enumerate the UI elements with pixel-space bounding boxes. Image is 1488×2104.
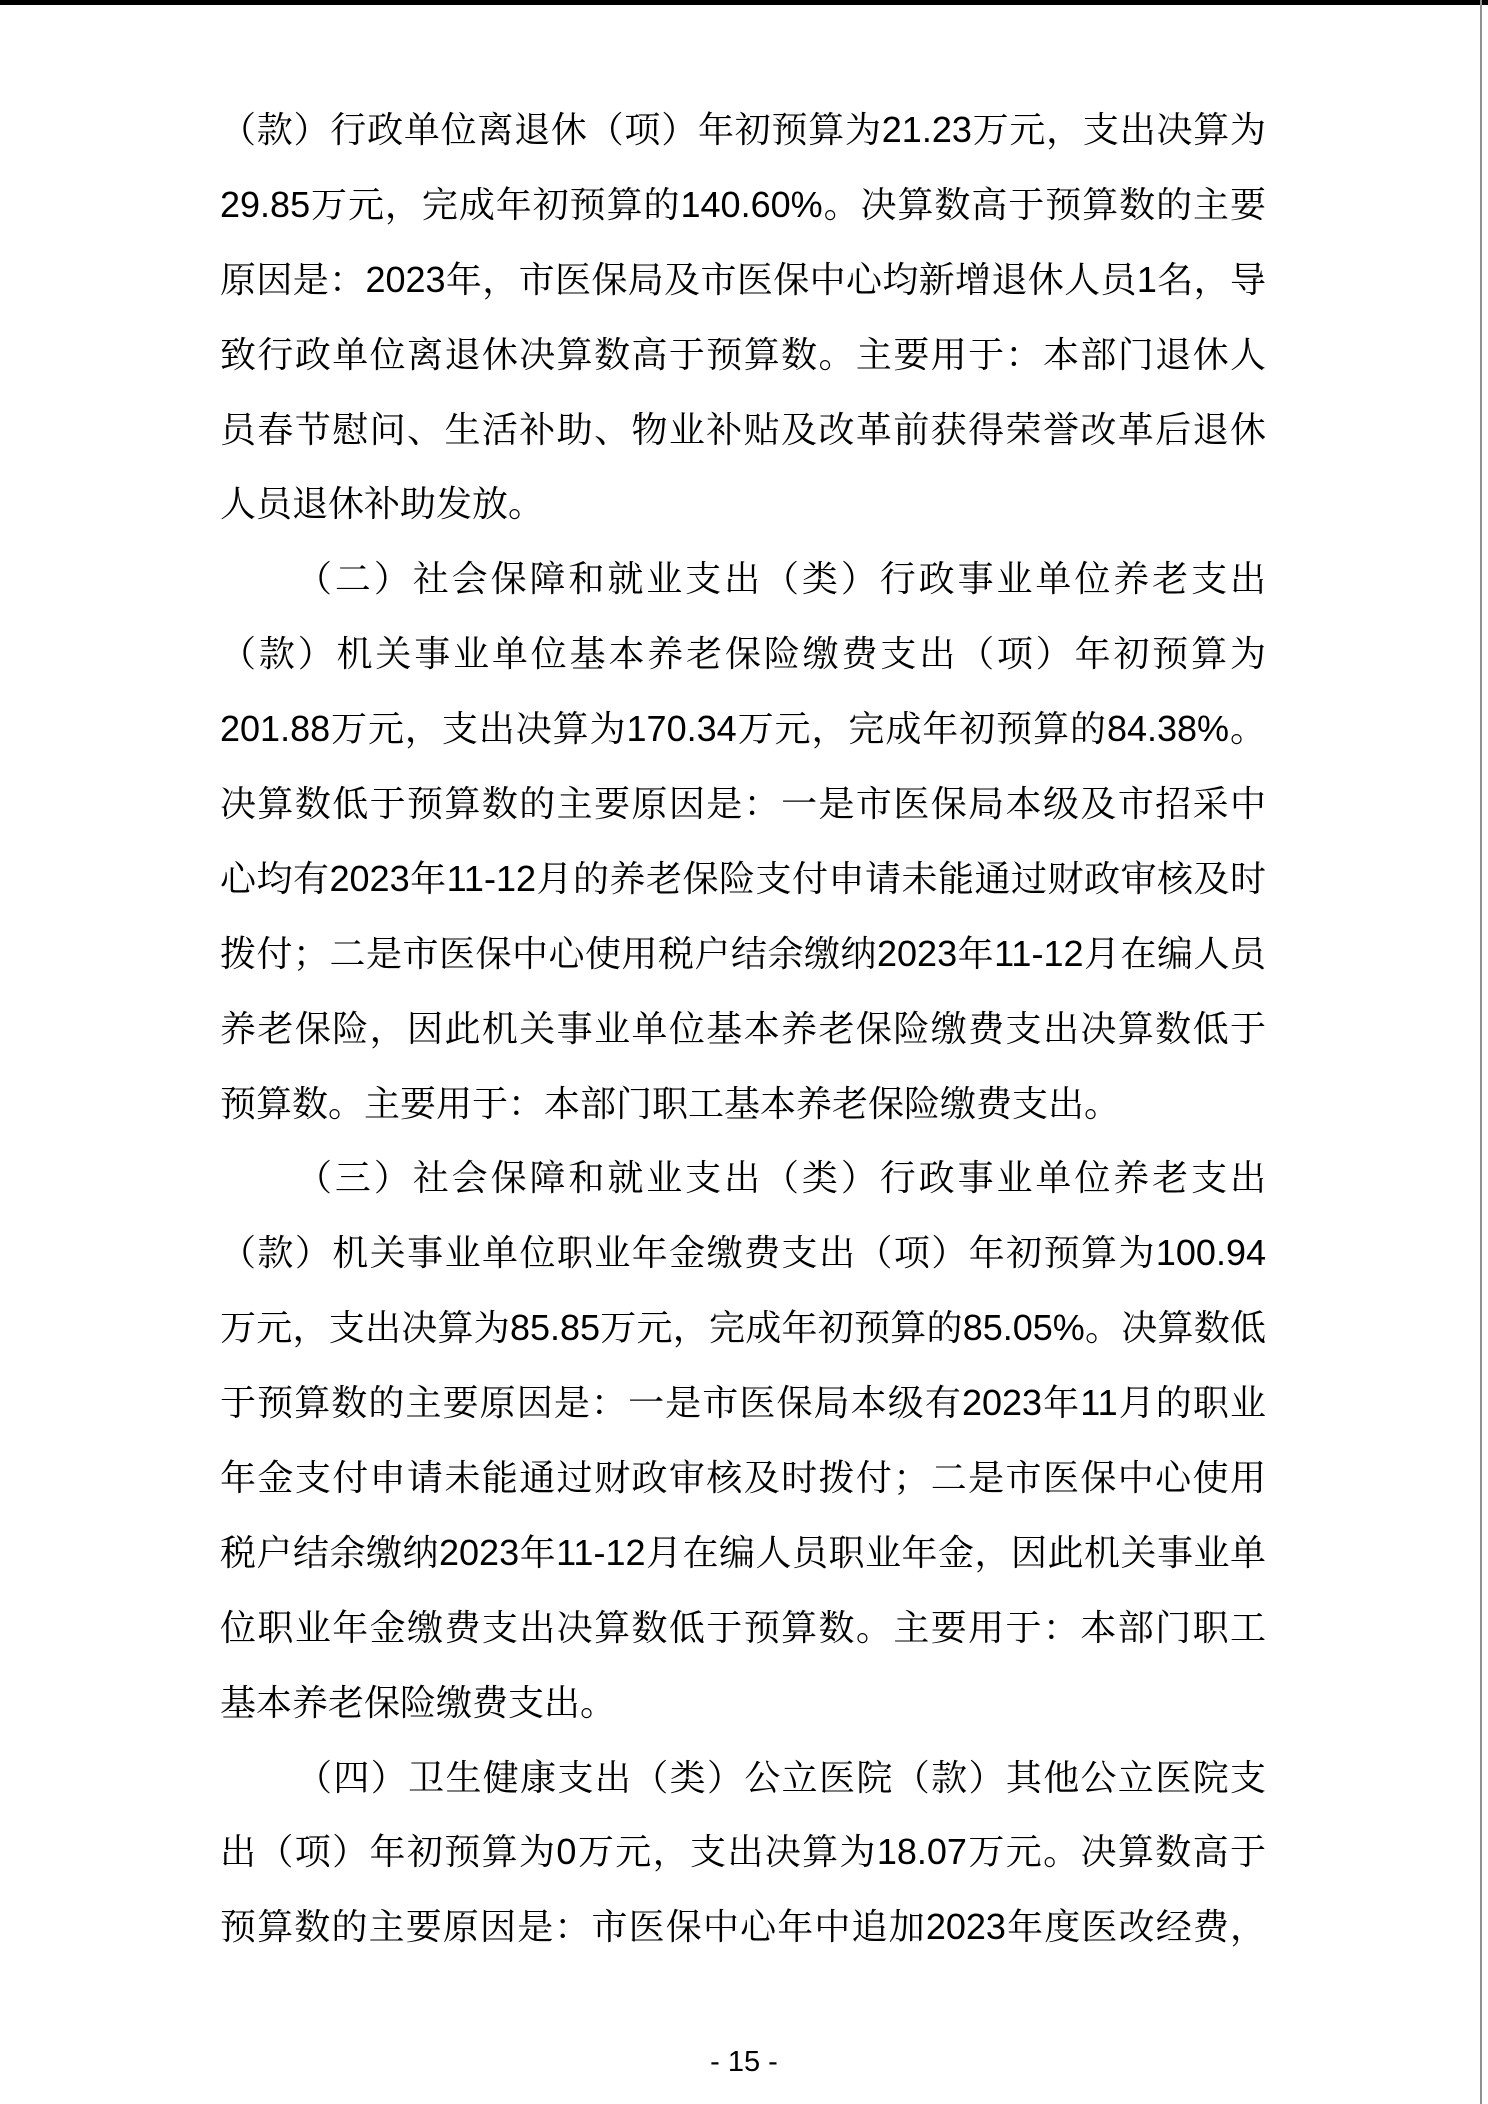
text-line: 出（项）年初预算为0万元，支出决算为18.07万元。决算数高于 [220, 1815, 1266, 1890]
text-line: 29.85万元，完成年初预算的140.60%。决算数高于预算数的主要 [220, 168, 1266, 243]
text-line: 拨付；二是市医保中心使用税户结余缴纳2023年11-12月在编人员 [220, 917, 1266, 992]
text-line: 201.88万元，支出决算为170.34万元，完成年初预算的84.38%。 [220, 692, 1266, 767]
text-line: 基本养老保险缴费支出。 [220, 1666, 1266, 1741]
page-right-edge-line [1480, 0, 1482, 2104]
text-line: 决算数低于预算数的主要原因是：一是市医保局本级及市招采中 [220, 767, 1266, 842]
text-line: 万元，支出决算为85.85万元，完成年初预算的85.05%。决算数低 [220, 1291, 1266, 1366]
text-line: 于预算数的主要原因是：一是市医保局本级有2023年11月的职业 [220, 1366, 1266, 1441]
text-line: 人员退休补助发放。 [220, 467, 1266, 542]
text-line: 养老保险，因此机关事业单位基本养老保险缴费支出决算数低于 [220, 992, 1266, 1067]
text-line: 预算数。主要用于：本部门职工基本养老保险缴费支出。 [220, 1067, 1266, 1142]
text-line: 位职业年金缴费支出决算数低于预算数。主要用于：本部门职工 [220, 1591, 1266, 1666]
text-line: （款）机关事业单位基本养老保险缴费支出（项）年初预算为 [220, 617, 1266, 692]
text-line: 税户结余缴纳2023年11-12月在编人员职业年金，因此机关事业单 [220, 1516, 1266, 1591]
text-line: 心均有2023年11-12月的养老保险支付申请未能通过财政审核及时 [220, 842, 1266, 917]
text-line: 原因是：2023年，市医保局及市医保中心均新增退休人员1名，导 [220, 243, 1266, 318]
document-page: （款）行政单位离退休（项）年初预算为21.23万元，支出决算为 29.85万元，… [0, 0, 1488, 2104]
text-line: （款）行政单位离退休（项）年初预算为21.23万元，支出决算为 [220, 93, 1266, 168]
page-number: - 15 - [0, 2040, 1488, 2084]
text-line: （款）机关事业单位职业年金缴费支出（项）年初预算为100.94 [220, 1216, 1266, 1291]
text-line: 预算数的主要原因是：市医保中心年中追加2023年度医改经费， [220, 1890, 1266, 1965]
document-body: （款）行政单位离退休（项）年初预算为21.23万元，支出决算为 29.85万元，… [220, 93, 1266, 1965]
text-line: （三）社会保障和就业支出（类）行政事业单位养老支出 [220, 1141, 1266, 1216]
text-line: （二）社会保障和就业支出（类）行政事业单位养老支出 [220, 542, 1266, 617]
text-line: 员春节慰问、生活补助、物业补贴及改革前获得荣誉改革后退休 [220, 393, 1266, 468]
text-line: 致行政单位离退休决算数高于预算数。主要用于：本部门退休人 [220, 318, 1266, 393]
text-line: （四）卫生健康支出（类）公立医院（款）其他公立医院支 [220, 1741, 1266, 1816]
text-line: 年金支付申请未能通过财政审核及时拨付；二是市医保中心使用 [220, 1441, 1266, 1516]
page-top-edge-line [0, 0, 1488, 5]
